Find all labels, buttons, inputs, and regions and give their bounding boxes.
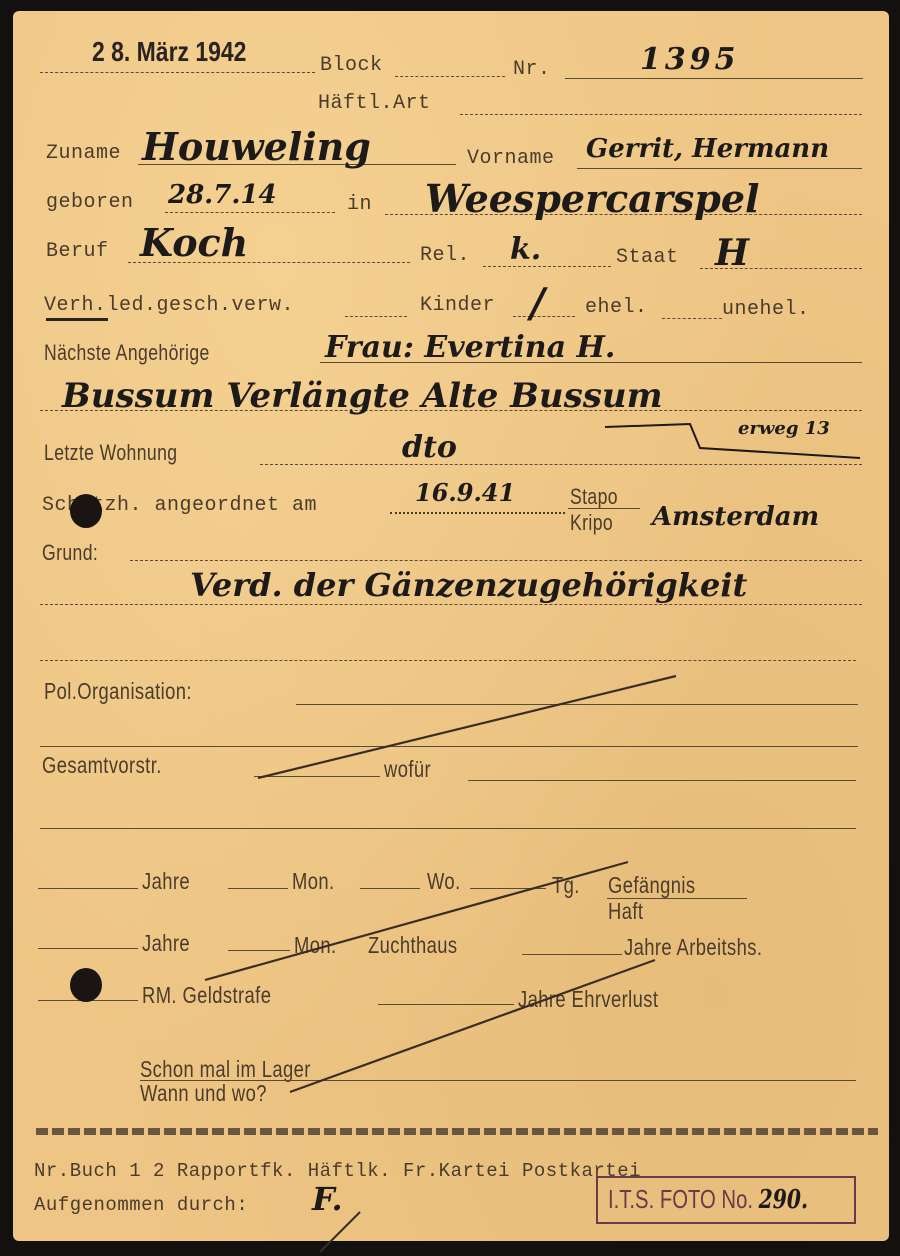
cancellation-strokes: [0, 0, 900, 1256]
cancel-stroke-record: [258, 676, 676, 778]
address-insert-stroke: [605, 424, 860, 458]
signature-tail-stroke: [320, 1212, 360, 1252]
cancel-stroke-sentences: [205, 862, 628, 980]
cancel-stroke-camp: [290, 960, 655, 1092]
